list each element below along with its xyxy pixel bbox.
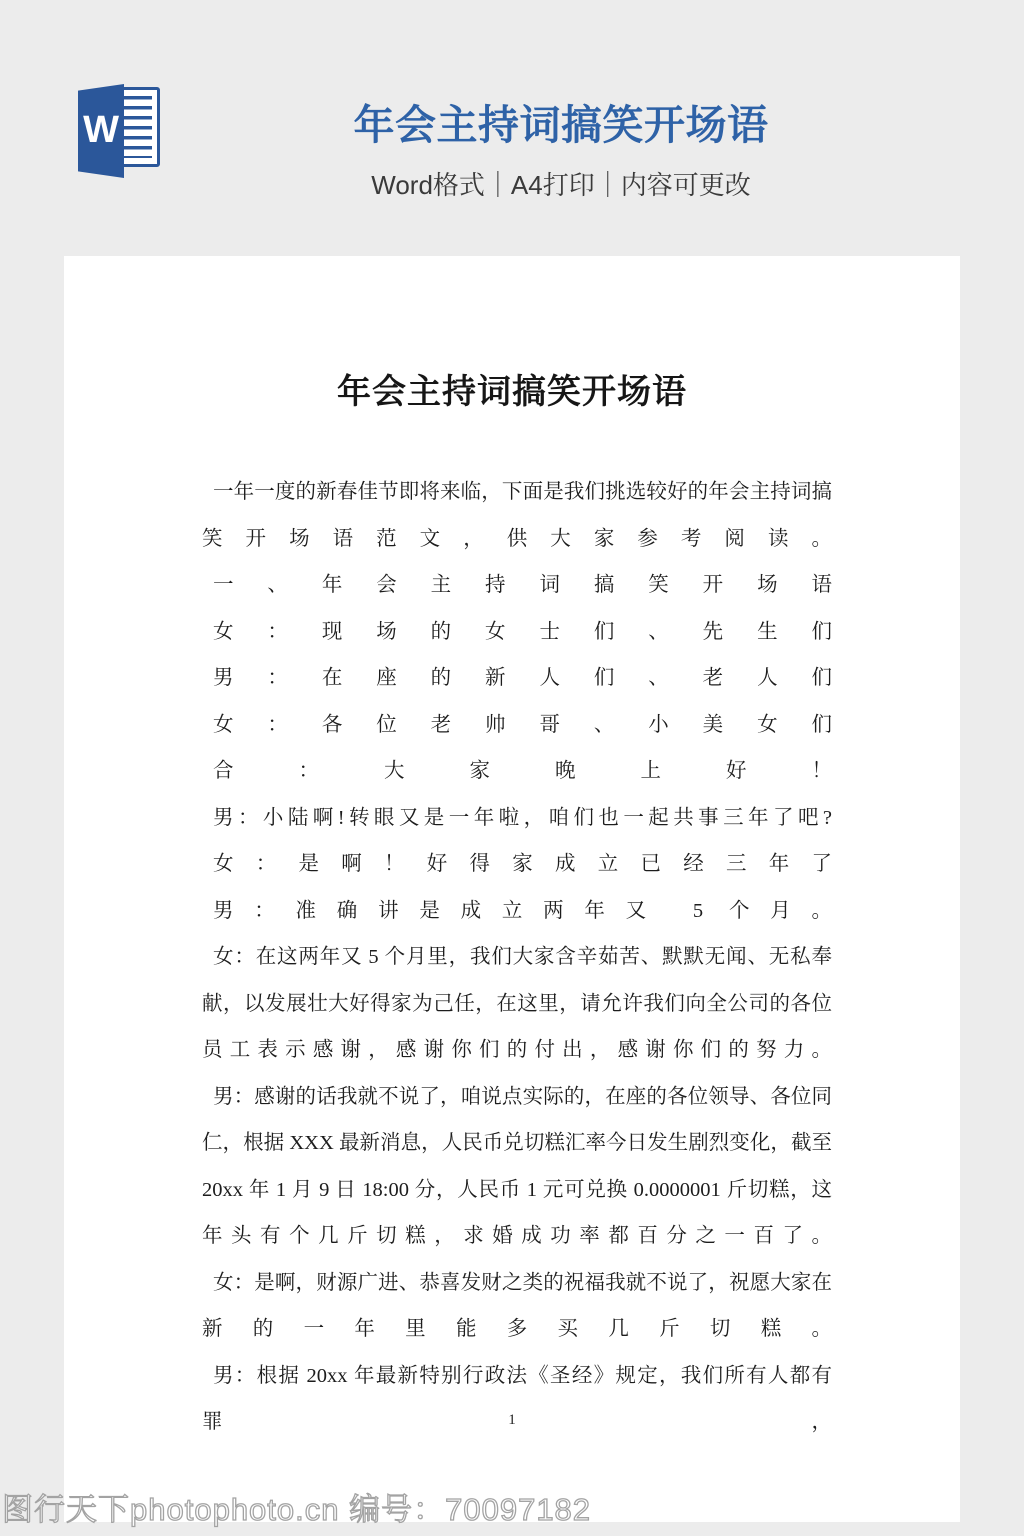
document-title: 年会主持词搞笑开场语 [64, 256, 960, 413]
doc-paragraph: 女：现场的女士们、先生们 [202, 609, 832, 656]
doc-paragraph: 男：根据 20xx 年最新特别行政法《圣经》规定，我们所有人都有罪， [202, 1353, 832, 1446]
document-page: 年会主持词搞笑开场语 一年一度的新春佳节即将来临，下面是我们挑选较好的年会主持词… [64, 256, 960, 1522]
word-icon: W [78, 84, 160, 178]
header-text-block: 年会主持词搞笑开场语 Word格式｜A4打印｜内容可更改 [354, 92, 769, 202]
word-icon-letter: W [83, 111, 119, 149]
document-body: 一年一度的新春佳节即将来临，下面是我们挑选较好的年会主持词搞笑开场语范文，供大家… [64, 469, 960, 1446]
doc-paragraph: 女：各位老帅哥、小美女们 [202, 702, 832, 749]
word-w-panel-icon: W [78, 84, 124, 178]
doc-paragraph: 一年一度的新春佳节即将来临，下面是我们挑选较好的年会主持词搞笑开场语范文，供大家… [202, 469, 832, 562]
doc-paragraph: 男：在座的新人们、老人们 [202, 655, 832, 702]
doc-paragraph: 合：大家晚上好！ [202, 748, 832, 795]
template-header: W 年会主持词搞笑开场语 Word格式｜A4打印｜内容可更改 [0, 0, 1024, 256]
doc-paragraph: 女：是啊！好得家成立已经三年了 [202, 841, 832, 888]
doc-paragraph: 男：小陆啊!转眼又是一年啦，咱们也一起共事三年了吧? [202, 795, 832, 842]
template-title: 年会主持词搞笑开场语 [354, 92, 769, 151]
page-number: 1 [64, 1412, 960, 1429]
doc-paragraph: 一、年会主持词搞笑开场语 [202, 562, 832, 609]
template-subtitle: Word格式｜A4打印｜内容可更改 [354, 165, 769, 202]
doc-paragraph: 男：准确讲是成立两年又 5 个月。 [202, 888, 832, 935]
doc-paragraph: 女：是啊，财源广进、恭喜发财之类的祝福我就不说了，祝愿大家在新的一年里能多买几斤… [202, 1260, 832, 1353]
doc-paragraph: 女：在这两年又 5 个月里，我们大家含辛茹苦、默默无闻、无私奉献，以发展壮大好得… [202, 934, 832, 1074]
doc-paragraph: 男：感谢的话我就不说了，咱说点实际的，在座的各位领导、各位同仁，根据 XXX 最… [202, 1074, 832, 1260]
site-watermark: 图行天下photophoto.cn 编号：70097182 [2, 1484, 591, 1529]
template-preview-page: { "colors": { "background": "#ececec", "… [0, 0, 1024, 1536]
